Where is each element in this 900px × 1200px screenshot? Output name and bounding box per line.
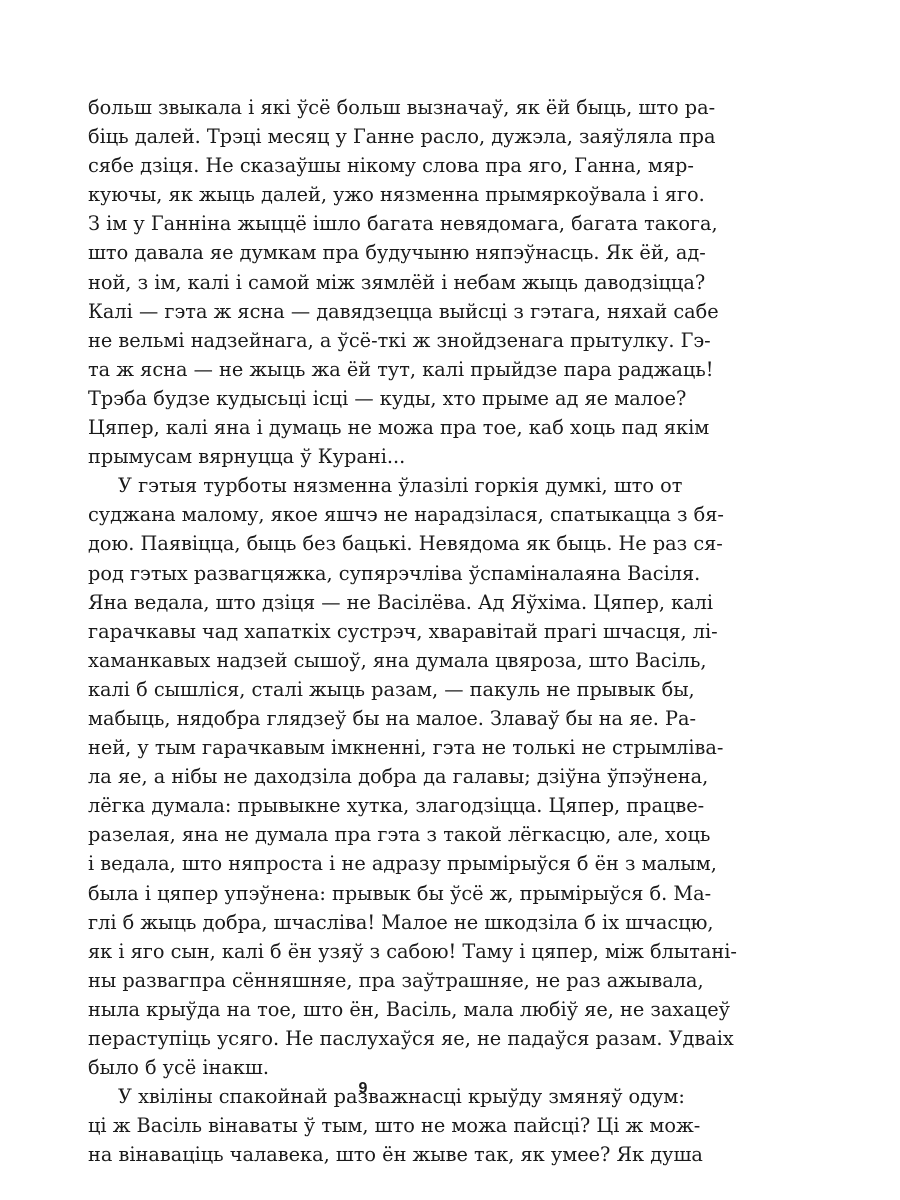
- book-page: больш звыкала і які ўсё больш вызначаў, …: [0, 0, 900, 1200]
- text-line: ней, у тым гарачкавым імкненні, гэта не …: [88, 733, 644, 762]
- text-line: дою. Паявіцца, быць без бацькі. Невядома…: [88, 529, 644, 558]
- page-number: 9: [0, 1080, 726, 1098]
- body-text: больш звыкала і які ўсё больш вызначаў, …: [88, 93, 644, 1169]
- text-line: мабыць, нядобра глядзеў бы на малое. Зла…: [88, 704, 644, 733]
- text-line: ной, з ім, калі і самой між зямлёй і неб…: [88, 268, 644, 297]
- text-line: ла яе, а нібы не даходзіла добра да гала…: [88, 762, 644, 791]
- text-line: больш звыкала і які ўсё больш вызначаў, …: [88, 93, 644, 122]
- text-line: род гэтых развагцяжка, супярэчліва ўспам…: [88, 559, 644, 588]
- text-line: Яна ведала, што дзіця — не Васілёва. Ад …: [88, 588, 644, 617]
- paragraph-2: У гэтыя турботы нязменна ўлазілі горкія …: [88, 471, 644, 1082]
- text-line: та ж ясна — не жыць жа ёй тут, калі прый…: [88, 355, 644, 384]
- text-line: і ведала, што няпроста і не адразу прымі…: [88, 849, 644, 878]
- text-line: ці ж Васіль вінаваты ў тым, што не можа …: [88, 1111, 644, 1140]
- text-line: ныла крыўда на тое, што ён, Васіль, мала…: [88, 995, 644, 1024]
- text-line: што давала яе думкам пра будучыню няпэўн…: [88, 238, 644, 267]
- text-line: куючы, як жыць далей, ужо нязменна прымя…: [88, 180, 644, 209]
- text-line: лёгка думала: прывыкне хутка, злагодзіцц…: [88, 791, 644, 820]
- text-line: была і цяпер упэўнена: прывык бы ўсё ж, …: [88, 879, 644, 908]
- text-line: ны развагпра сённяшняе, пра заўтрашняе, …: [88, 966, 644, 995]
- text-line: на вінаваціць чалавека, што ён жыве так,…: [88, 1140, 644, 1169]
- text-line: гарачкавы чад хапаткіх сустрэч, хваравіт…: [88, 617, 644, 646]
- text-line: не вельмі надзейнага, а ўсё-ткі ж знойдз…: [88, 326, 644, 355]
- text-line: Калі — гэта ж ясна — давядзецца выйсці з…: [88, 297, 644, 326]
- text-line: У гэтыя турботы нязменна ўлазілі горкія …: [88, 471, 644, 500]
- text-line: калі б сышліся, сталі жыць разам, — паку…: [88, 675, 644, 704]
- text-line: сябе дзіця. Не сказаўшы нікому слова пра…: [88, 151, 644, 180]
- text-line: суджана малому, якое яшчэ не нарадзілася…: [88, 500, 644, 529]
- text-line: было б усё інакш.: [88, 1053, 644, 1082]
- text-line: хаманкавых надзей сышоў, яна думала цвяр…: [88, 646, 644, 675]
- text-line: Трэба будзе кудысьці ісці — куды, хто пр…: [88, 384, 644, 413]
- text-line: Цяпер, калі яна і думаць не можа пра тое…: [88, 413, 644, 442]
- text-line: як і яго сын, калі б ён узяў з сабою! Та…: [88, 937, 644, 966]
- text-line: прымусам вярнуцца ў Курані...: [88, 442, 644, 471]
- text-line: разелая, яна не думала пра гэта з такой …: [88, 820, 644, 849]
- paragraph-1: больш звыкала і які ўсё больш вызначаў, …: [88, 93, 644, 471]
- text-line: З ім у Ганніна жыццё ішло багата невядом…: [88, 209, 644, 238]
- text-line: глі б жыць добра, шчасліва! Малое не шко…: [88, 908, 644, 937]
- text-line: пераступіць усяго. Не паслухаўся яе, не …: [88, 1024, 644, 1053]
- text-line: біць далей. Трэці месяц у Ганне расло, д…: [88, 122, 644, 151]
